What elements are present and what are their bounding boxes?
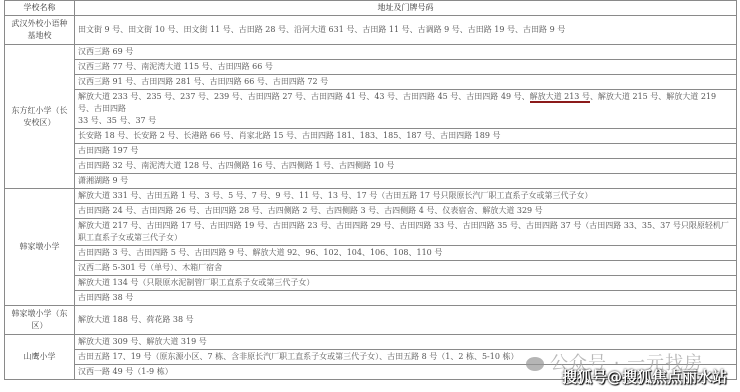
table-row: 韩家墩小学（东区） 解放大道 188 号、荷花路 38 号: [5, 306, 737, 335]
address-cell: 汉西三路 91 号、古田四路 281 号、古田四路 66 号、古田四路 72 号: [75, 75, 737, 90]
wechat-icon: [526, 357, 544, 371]
school-name: 东方红小学（长安校区）: [5, 45, 75, 189]
school-name: 武汉外校小语种基地校: [5, 16, 75, 45]
table-row: 汉西三路 91 号、古田四路 281 号、古田四路 66 号、古田四路 72 号: [5, 75, 737, 90]
address-cell: 解放大道 134 号（只限原水泥制管厂职工直系子女或第三代子女）: [75, 276, 737, 291]
school-name: 山鹰小学: [5, 335, 75, 380]
address-cell: 解放大道 188 号、荷花路 38 号: [75, 306, 737, 335]
address-cell: 古田四路 3 号、古田四路 5 号、古田四路 9 号、解放大道 92、96、10…: [75, 246, 737, 261]
table-row: 韩家墩小学 解放大道 331 号、古田五路 1 号、3 号、5 号、7 号、9 …: [5, 189, 737, 204]
table-row: 解放大道 134 号（只限原水泥制管厂职工直系子女或第三代子女）: [5, 276, 737, 291]
address-cell: 长安路 18 号、长安路 2 号、长港路 66 号、肖家北路 15 号、古田四路…: [75, 129, 737, 144]
table-row: 山鹰小学 解放大道 309 号、解放大道 319 号: [5, 335, 737, 350]
header-address: 地址及门牌号码: [75, 1, 737, 16]
table-row: 古田四路 3 号、古田四路 5 号、古田四路 9 号、解放大道 92、96、10…: [5, 246, 737, 261]
address-cell: 古田四路 24 号、古田四路 26 号、古田四路 28 号、古四侧路 2 号、古…: [75, 204, 737, 219]
table-row: 古田四路 32 号、南泥湾大道 128 号、古四侧路 16 号、古四侧路 1 号…: [5, 159, 737, 174]
address-text: 解放大道 233 号、235 号、237 号、239 号、古田四路 27 号、古…: [78, 92, 530, 101]
school-district-table: 学校名称 地址及门牌号码 武汉外校小语种基地校 田文街 9 号、田文街 10 号…: [4, 0, 737, 380]
table-row: 长安路 18 号、长安路 2 号、长港路 66 号、肖家北路 15 号、古田四路…: [5, 129, 737, 144]
sohu-watermark: 搜狐号@搜狐焦点丽水站: [562, 366, 727, 387]
header-row: 学校名称 地址及门牌号码: [5, 1, 737, 16]
table-row: 古田四路 197 号: [5, 144, 737, 159]
address-cell: 古田四路 197 号: [75, 144, 737, 159]
address-cell: 田文街 9 号、田文街 10 号、田文街 11 号、古田路 28 号、沿河大道 …: [75, 16, 737, 45]
address-cell: 解放大道 233 号、235 号、237 号、239 号、古田四路 27 号、古…: [75, 90, 737, 129]
table-row: 汉西三路 77 号、南泥湾大道 115 号、古田四路 66 号: [5, 60, 737, 75]
school-name: 韩家墩小学（东区）: [5, 306, 75, 335]
address-cell: 潇湘湖路 9 号: [75, 174, 737, 189]
address-cell: 解放大道 217 号、古田四路 17 号、古田四路 19 号、古田四路 23 号…: [75, 219, 737, 246]
table-row: 东方红小学（长安校区） 汉西三路 69 号: [5, 45, 737, 60]
address-cell: 古田四路 32 号、南泥湾大道 128 号、古四侧路 16 号、古四侧路 1 号…: [75, 159, 737, 174]
address-cell: 汉西三路 77 号、南泥湾大道 115 号、古田四路 66 号: [75, 60, 737, 75]
table-row: 解放大道 217 号、古田四路 17 号、古田四路 19 号、古田四路 23 号…: [5, 219, 737, 246]
address-cell: 解放大道 331 号、古田五路 1 号、3 号、5 号、7 号、9 号、11 号…: [75, 189, 737, 204]
header-school-name: 学校名称: [5, 1, 75, 16]
school-name: 韩家墩小学: [5, 189, 75, 306]
address-text: 33 号、35 号、37 号: [78, 116, 156, 125]
address-cell: 解放大道 309 号、解放大道 319 号: [75, 335, 737, 350]
address-cell: 汉西三路 69 号: [75, 45, 737, 60]
table-row: 潇湘湖路 9 号: [5, 174, 737, 189]
table-row: 武汉外校小语种基地校 田文街 9 号、田文街 10 号、田文街 11 号、古田路…: [5, 16, 737, 45]
table-row: 解放大道 233 号、235 号、237 号、239 号、古田四路 27 号、古…: [5, 90, 737, 129]
address-cell: 汉西二路 5-301 号（单号）、木箱厂宿舍: [75, 261, 737, 276]
table-row: 汉西二路 5-301 号（单号）、木箱厂宿舍: [5, 261, 737, 276]
highlighted-address: 解放大道 213 号: [530, 92, 590, 103]
table-row: 古田四路 24 号、古田四路 26 号、古田四路 28 号、古四侧路 2 号、古…: [5, 204, 737, 219]
table-row: 古田四路 38 号: [5, 291, 737, 306]
address-cell: 古田四路 38 号: [75, 291, 737, 306]
